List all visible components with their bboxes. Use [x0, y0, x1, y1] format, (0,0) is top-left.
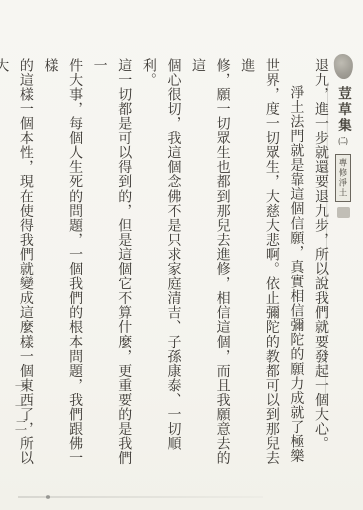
text-column: 退九，進一步就還要退九步，所以說我們就要發起一個大心。: [307, 58, 332, 476]
text-column: 修，願一切眾生也都到那兒去進修，相信這個，而且我願意去的這: [184, 58, 233, 476]
title-column: 荳草集 (二) 專修淨土: [330, 54, 356, 218]
body-text: 退九，進一步就還要退九步，所以說我們就要發起一個大心。 淨土法門就是靠這個信願，…: [36, 58, 332, 476]
book-title: 荳草集: [333, 86, 353, 134]
text-column: 件大事，每個人生死的問題，一個我們的根本問題，我們跟佛一樣: [37, 58, 86, 476]
scan-dot: [46, 495, 50, 499]
stamp-smudge-icon: [337, 207, 350, 218]
volume-number: (二): [338, 136, 348, 145]
page-number: 一一二: [11, 380, 29, 439]
scan-streak: [18, 496, 263, 498]
text-column: 這一切都是可以得到的，但是這個它不算什麼，更重要的是我們一: [86, 58, 135, 476]
text-column: 淨土法門就是靠這個信願，真實相信彌陀的願力成就了極樂: [283, 58, 308, 476]
series-label: 專修淨土: [335, 154, 351, 202]
seal-stamp-icon: [333, 53, 354, 79]
text-column: 世界，度一切眾生，大慈大悲啊。依止彌陀的教都可以到那兒去進: [234, 58, 283, 476]
text-column: 個心很切，我這個念佛不是只求家庭清吉、子孫康泰、一切順利。: [135, 58, 184, 476]
